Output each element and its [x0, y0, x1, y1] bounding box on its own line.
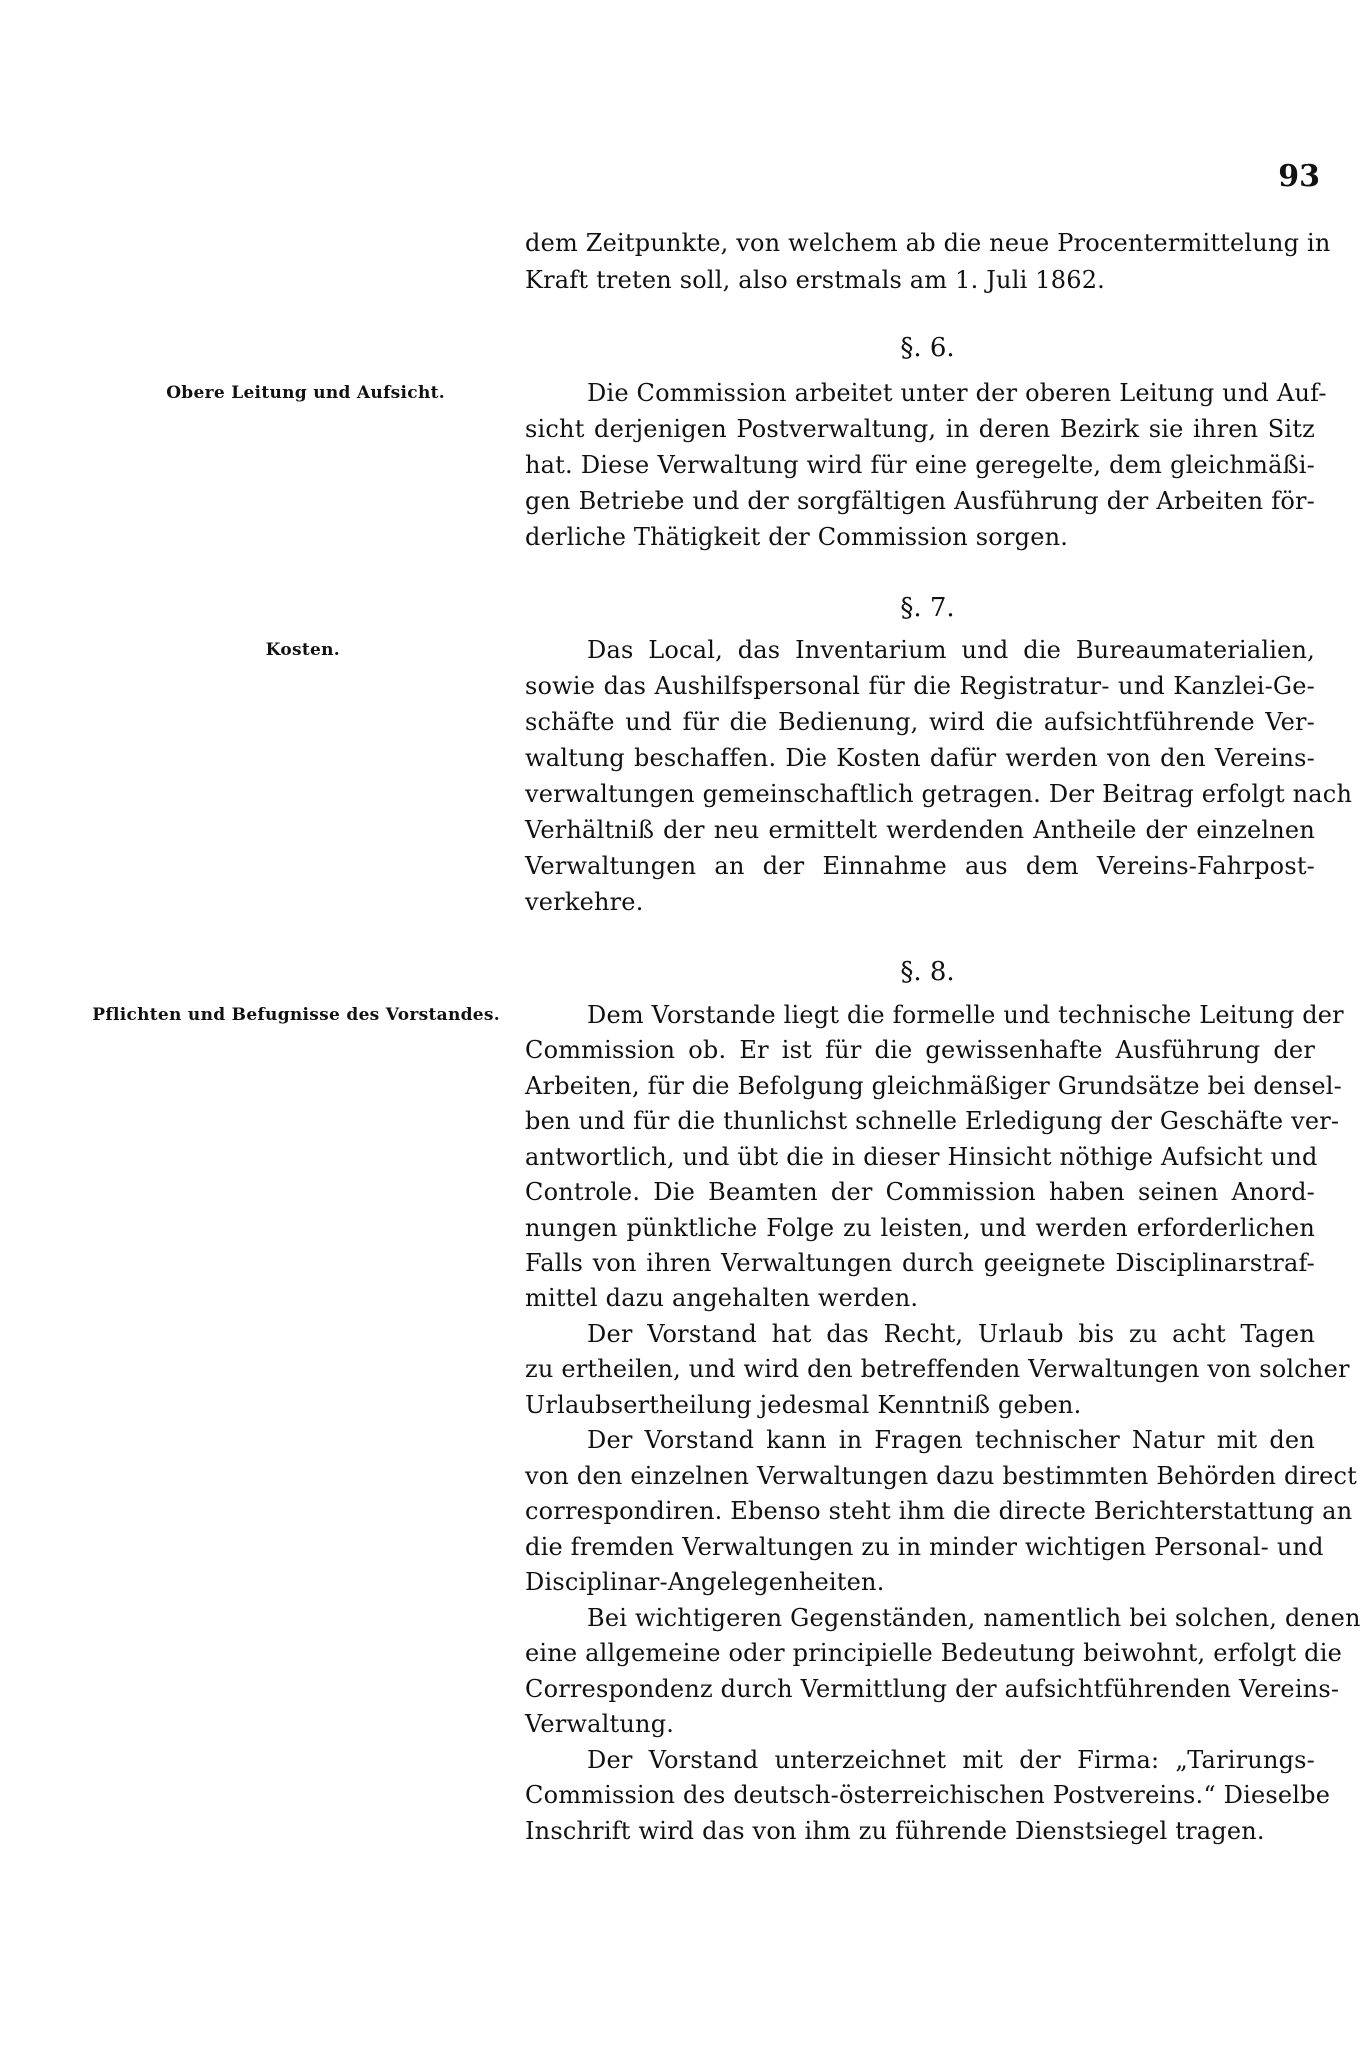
- text-line: schäfte und für die Bedienung, wird die …: [525, 704, 1315, 740]
- text-line: antwortlich, und übt die in dieser Hinsi…: [525, 1139, 1315, 1175]
- text-line: hat. Diese Verwaltung wird für eine gere…: [525, 447, 1315, 483]
- text-line: correspondiren. Ebenso steht ihm die dir…: [525, 1493, 1315, 1529]
- text-line: ben und für die thunlichst schnelle Erle…: [525, 1103, 1315, 1139]
- text-line: Falls von ihren Verwaltungen durch geeig…: [525, 1245, 1315, 1281]
- text-line: Verhältniß der neu ermittelt werdenden A…: [525, 812, 1315, 848]
- text-line: eine allgemeine oder principielle Bedeut…: [525, 1635, 1315, 1671]
- text-line: die fremden Verwaltungen zu in minder wi…: [525, 1529, 1315, 1565]
- margin-note: Pflichten und Befugnisse des Vorstandes.: [40, 997, 500, 1033]
- text-line: mittel dazu angehalten werden.: [525, 1280, 1315, 1316]
- text-line: Commission des deutsch-österreichischen …: [525, 1777, 1315, 1813]
- text-line: Controle. Die Beamten der Commission hab…: [525, 1174, 1315, 1210]
- margin-note: Kosten.: [100, 632, 340, 668]
- section-heading: §. 8.: [860, 954, 995, 990]
- text-line: Der Vorstand kann in Fragen technischer …: [587, 1422, 1315, 1458]
- text-line: derliche Thätigkeit der Commission sorge…: [525, 519, 1315, 555]
- text-line: dem Zeitpunkte, von welchem ab die neue …: [525, 225, 1315, 261]
- text-line: Correspondenz durch Vermittlung der aufs…: [525, 1671, 1315, 1707]
- section-heading: §. 6.: [860, 330, 995, 366]
- section-heading: §. 7.: [860, 590, 995, 626]
- text-line: Verwaltungen an der Einnahme aus dem Ver…: [525, 848, 1315, 884]
- text-line: Arbeiten, für die Befolgung gleichmäßige…: [525, 1068, 1315, 1104]
- text-line: Die Commission arbeitet unter der oberen…: [587, 375, 1315, 411]
- text-line: Verwaltung.: [525, 1706, 1315, 1742]
- text-line: verkehre.: [525, 884, 1315, 920]
- text-line: von den einzelnen Verwaltungen dazu best…: [525, 1458, 1315, 1494]
- text-line: sicht derjenigen Postverwaltung, in dere…: [525, 411, 1315, 447]
- text-line: Commission ob. Er ist für die gewissenha…: [525, 1032, 1315, 1068]
- text-line: Disciplinar-Angelegenheiten.: [525, 1564, 1315, 1600]
- text-line: Inschrift wird das von ihm zu führende D…: [525, 1813, 1315, 1849]
- text-line: verwaltungen gemeinschaftlich getragen. …: [525, 776, 1315, 812]
- text-line: Dem Vorstande liegt die formelle und tec…: [587, 997, 1315, 1033]
- text-line: nungen pünktliche Folge zu leisten, und …: [525, 1210, 1315, 1246]
- text-line: Der Vorstand unterzeichnet mit der Firma…: [587, 1742, 1315, 1778]
- text-line: sowie das Aushilfspersonal für die Regis…: [525, 668, 1315, 704]
- text-line: Urlaubsertheilung jedesmal Kenntniß gebe…: [525, 1387, 1315, 1423]
- text-line: Das Local, das Inventarium und die Burea…: [587, 632, 1315, 668]
- text-line: waltung beschaffen. Die Kosten dafür wer…: [525, 740, 1315, 776]
- text-line: Bei wichtigeren Gegenständen, namentlich…: [587, 1600, 1315, 1636]
- text-line: Kraft treten soll, also erstmals am 1. J…: [525, 262, 1315, 298]
- margin-note: Obere Leitung und Aufsicht.: [100, 375, 445, 411]
- text-line: zu ertheilen, und wird den betreffenden …: [525, 1351, 1315, 1387]
- text-line: gen Betriebe und der sorgfältigen Ausfüh…: [525, 483, 1315, 519]
- page-number: 93: [1270, 160, 1320, 194]
- text-line: Der Vorstand hat das Recht, Urlaub bis z…: [587, 1316, 1315, 1352]
